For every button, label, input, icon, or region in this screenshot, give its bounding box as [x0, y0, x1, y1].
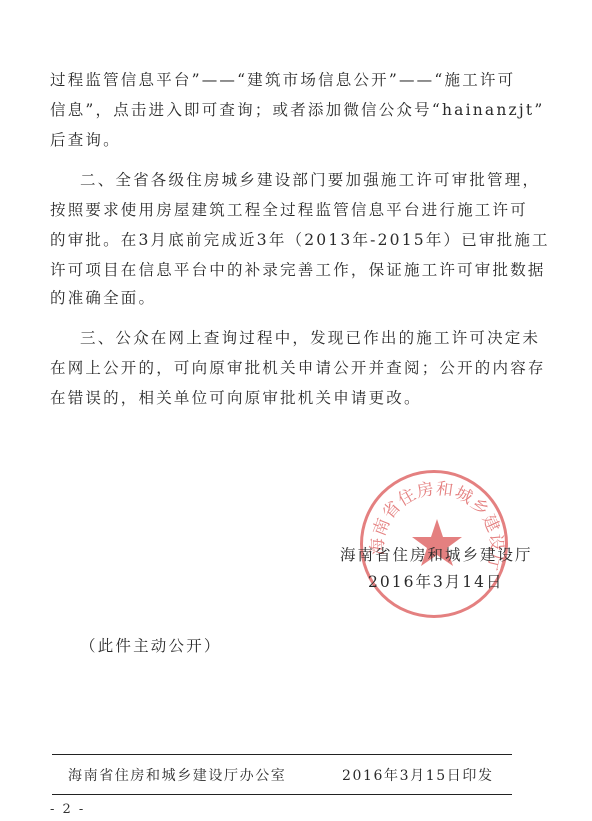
body-line: 在网上公开的，可向原审批机关申请公开并查阅；公开的内容存: [50, 358, 480, 378]
section-three-heading-line: 三、公众在网上查询过程中，发现已作出的施工许可决定未: [80, 328, 480, 348]
body-line: 按照要求使用房屋建筑工程全过程监管信息平台进行施工许可: [50, 200, 480, 220]
body-line: 信息”，点击进入即可查询；或者添加微信公众号“hainanzjt”: [50, 100, 480, 120]
issuer-signature: 海南省住房和城乡建设厅: [340, 543, 533, 565]
body-line: 许可项目在信息平台中的补录完善工作，保证施工许可审批数据: [50, 260, 480, 280]
section-two-heading-line: 二、全省各级住房城乡建设部门要加强施工许可审批管理，: [80, 170, 480, 190]
body-line: 的准确全面。: [50, 288, 480, 308]
footer-print-date: 2016年3月15日印发: [342, 765, 494, 785]
body-line: 在错误的，相关单位可向原审批机关申请更改。: [50, 388, 480, 408]
body-line: 的审批。在3月底前完成近3年（2013年-2015年）已审批施工: [50, 230, 480, 250]
footer-office: 海南省住房和城乡建设厅办公室: [68, 765, 286, 785]
footer-top-rule: [52, 754, 512, 755]
footer-bottom-rule: [52, 794, 512, 795]
body-line: 过程监管信息平台”——“建筑市场信息公开”——“施工许可: [50, 70, 480, 90]
page-number: - 2 -: [50, 802, 85, 817]
issue-date: 2016年3月14日: [368, 570, 504, 592]
disclosure-note: （此件主动公开）: [80, 636, 510, 656]
body-line: 后查询。: [50, 130, 480, 150]
